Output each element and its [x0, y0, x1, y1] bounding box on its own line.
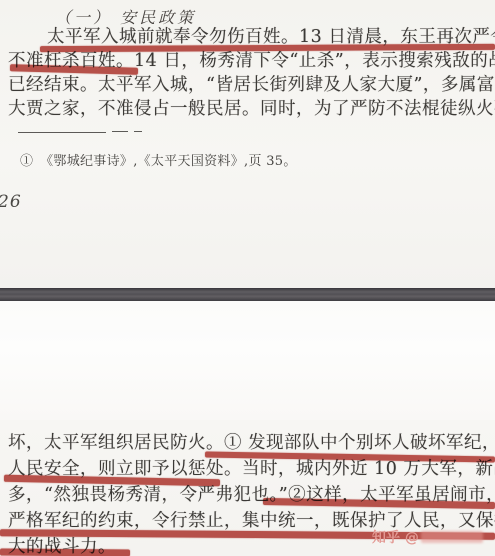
section-heading: （一） 安民政策: [55, 5, 196, 28]
divider-dash: [112, 131, 128, 132]
paragraph-line: 已经结束。太平军入城，“皆居长街列肆及人家大厦”，多属富绅: [8, 75, 495, 96]
page-seam-bar: [0, 288, 495, 302]
paragraph-line: 坏，太平军组织居民防火。① 发现部队中个别坏人破坏军纪，侵害: [8, 433, 495, 454]
divider-dash: [134, 131, 142, 132]
page-gap: [0, 301, 495, 420]
footnote-text: ① 《鄂城纪事诗》,《太平天国资料》,页 35。: [20, 150, 297, 169]
red-underline-annotation: [0, 549, 130, 556]
zhihu-watermark-blurred-name: [421, 531, 483, 543]
footnote-divider-line: [18, 132, 106, 133]
paragraph-line: 大贾之家，不准侵占一般民居。同时，为了严防不法棍徒纵火破: [8, 99, 495, 120]
book-scan-image: （一） 安民政策 太平军入城前就奉令勿伤百姓。13 日清晨，东王再次严令， 不准…: [0, 0, 495, 556]
zhihu-watermark-label: 知乎 @: [372, 527, 419, 547]
zhihu-watermark: 知乎 @: [372, 527, 483, 547]
top-page-section: （一） 安民政策 太平军入城前就奉令勿伤百姓。13 日清晨，东王再次严令， 不准…: [0, 0, 495, 288]
page-number: 26: [0, 192, 22, 212]
